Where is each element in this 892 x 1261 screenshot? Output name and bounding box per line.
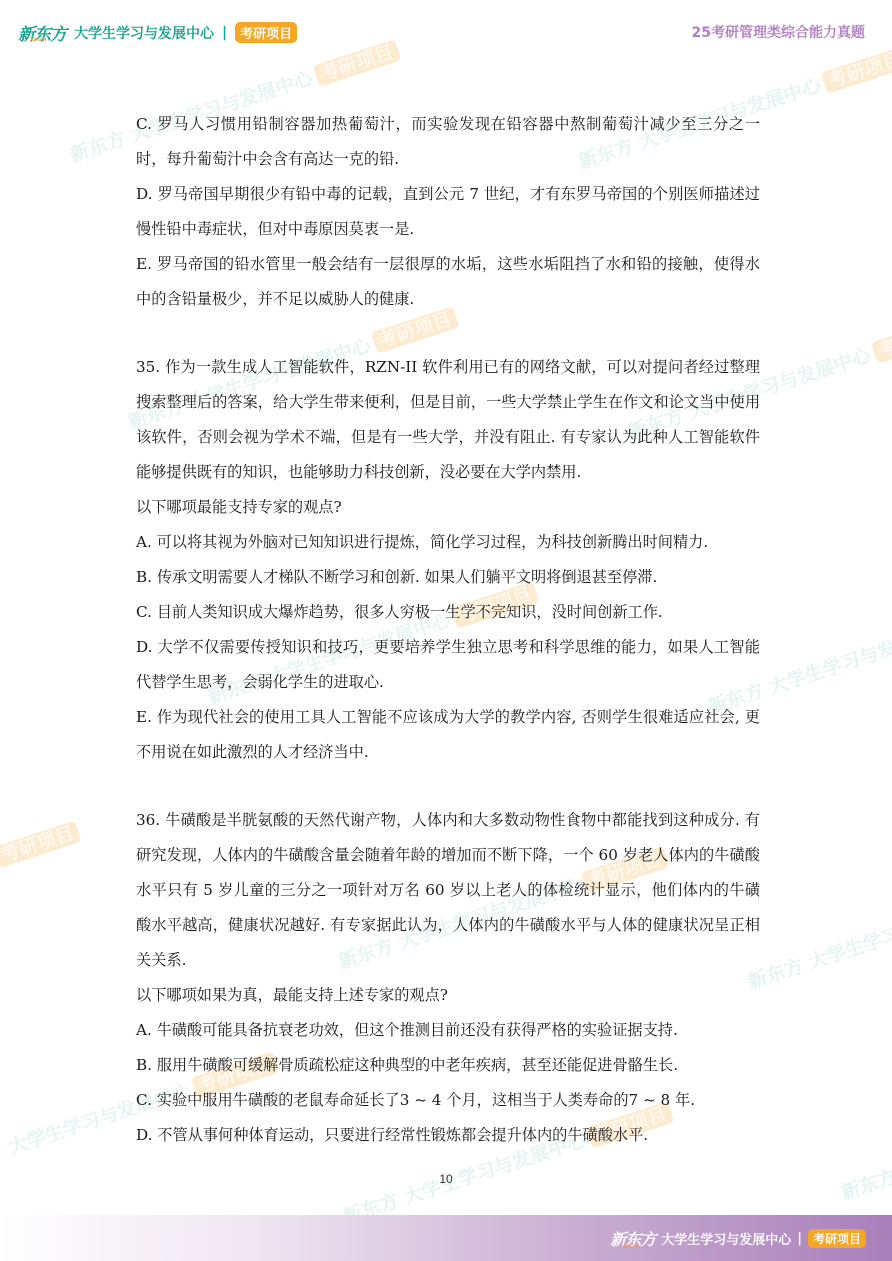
q36-option-b: B. 服用牛磺酸可缓解骨质疏松症这种典型的中老年疾病，甚至还能促进骨骼生长.: [136, 1048, 760, 1083]
q35-option-e: E. 作为现代社会的使用工具人工智能不应该成为大学的教学内容, 否则学生很难适应…: [136, 700, 760, 770]
q35-option-b: B. 传承文明需要人才梯队不断学习和创新. 如果人们躺平文明将倒退甚至停滞.: [136, 560, 760, 595]
project-badge: 考研项目: [235, 22, 297, 43]
watermark-text: 大学生学习与发展中心: [806, 894, 892, 974]
spacer: [136, 770, 760, 803]
logo-subtext: XDF.CN: [622, 1244, 638, 1249]
watermark: 考研项目: [0, 817, 82, 870]
q36-stem: 36. 牛磺酸是半胱氨酸的天然代谢产物，人体内和大多数动物性食物中都能找到这种成…: [136, 803, 760, 978]
q35-stem: 35. 作为一款生成人工智能软件，RZN-II 软件利用已有的网络文献，可以对提…: [136, 350, 760, 490]
q34-option-e: E. 罗马帝国的铅水管里一般会结有一层很厚的水垢，这些水垢阻挡了水和铅的接触，使…: [136, 247, 760, 317]
watermark: 新东方 大学生学习与发展中心考研项目: [744, 863, 892, 995]
brand-separator: |: [797, 1231, 802, 1246]
page-header: 新东方XDF.CN 大学生学习与发展中心 | 考研项目 25考研管理类综合能力真…: [0, 0, 892, 62]
q36-option-d: D. 不管从事何种体育运动，只要进行经常性锻炼都会提升体内的牛磺酸水平.: [136, 1118, 760, 1153]
q35-option-d: D. 大学不仅需要传授知识和技巧，更要培养学生独立思考和科学思维的能力，如果人工…: [136, 630, 760, 700]
watermark-text: 大学生学习与发展中心: [766, 619, 892, 699]
document-title: 25考研管理类综合能力真题: [692, 22, 865, 42]
footer-brand: 新东方XDF.CN 大学生学习与发展中心 | 考研项目: [610, 1227, 866, 1250]
logo-subtext: XDF.CN: [30, 37, 46, 42]
spacer: [136, 317, 760, 350]
q36-question: 以下哪项如果为真，最能支持上述专家的观点?: [136, 978, 760, 1013]
page-footer: 新东方XDF.CN 大学生学习与发展中心 | 考研项目: [0, 1215, 892, 1261]
watermark-badge: 考研项目: [871, 316, 892, 364]
q35-option-a: A. 可以将其视为外脑对已知知识进行提炼，简化学习过程，为科技创新腾出时间精力.: [136, 525, 760, 560]
xdf-logo: 新东方XDF.CN: [18, 20, 66, 45]
center-name: 大学生学习与发展中心: [661, 1229, 791, 1248]
header-brand: 新东方XDF.CN 大学生学习与发展中心 | 考研项目: [18, 20, 297, 45]
watermark-badge: 考研项目: [0, 821, 82, 869]
brand-separator: |: [222, 25, 227, 41]
exam-content: C. 罗马人习惯用铅制容器加热葡萄汁，而实验发现在铅容器中熬制葡萄汁减少至三分之…: [136, 107, 760, 1153]
xdf-logo: 新东方XDF.CN: [610, 1227, 655, 1250]
center-name: 大学生学习与发展中心: [74, 23, 214, 43]
logo-text: 新东方: [18, 25, 66, 45]
watermark-logo: 新东方: [67, 128, 128, 167]
q36-option-a: A. 牛磺酸可能具备抗衰老功效，但这个推测目前还没有获得严格的实验证据支持.: [136, 1013, 760, 1048]
q34-option-d: D. 罗马帝国早期很少有铅中毒的记载，直到公元 7 世纪，才有东罗马帝国的个别医…: [136, 177, 760, 247]
project-badge: 考研项目: [808, 1229, 866, 1248]
q35-option-c: C. 目前人类知识成大爆炸趋势，很多人穷极一生学不完知识，没时间创新工作.: [136, 595, 760, 630]
page-number: 10: [0, 1172, 892, 1186]
q36-option-c: C. 实验中服用牛磺酸的老鼠寿命延长了3 ~ 4 个月，这相当于人类寿命的7 ~…: [136, 1083, 760, 1118]
q35-question: 以下哪项最能支持专家的观点?: [136, 490, 760, 525]
q34-option-c: C. 罗马人习惯用铅制容器加热葡萄汁，而实验发现在铅容器中熬制葡萄汁减少至三分之…: [136, 107, 760, 177]
